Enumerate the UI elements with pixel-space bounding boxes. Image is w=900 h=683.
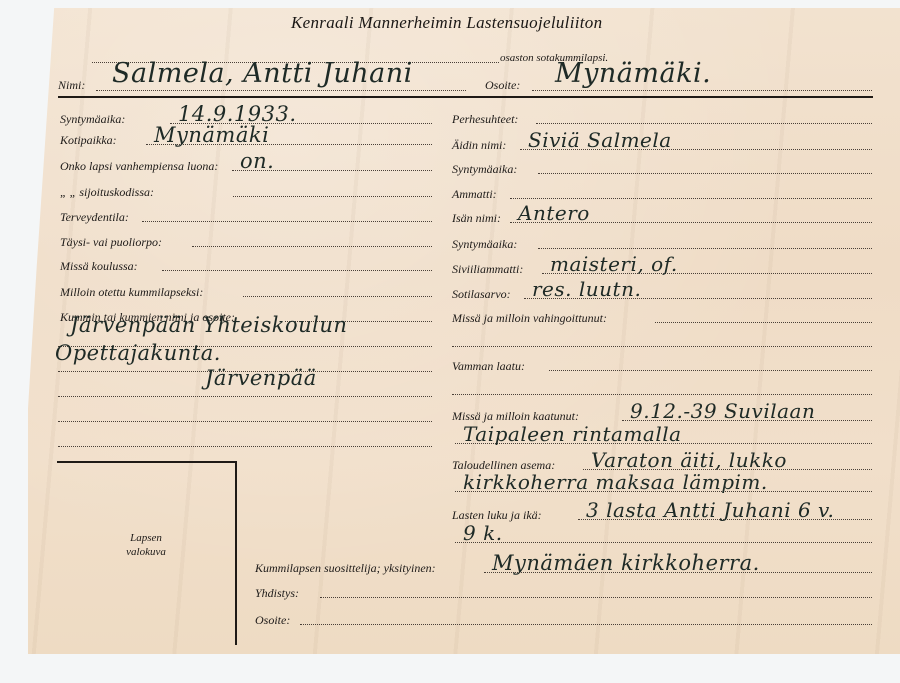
right-field-label-1: Äidin nimi: [452, 138, 506, 153]
right-field-label-9: Vamman laatu: [452, 359, 525, 374]
sponsor-line-guide-4 [58, 446, 432, 447]
right-field-value-6[interactable]: maisteri, of. [550, 252, 678, 276]
osoite-label: Osoite: [485, 78, 520, 93]
right-extra-line-0 [452, 346, 872, 347]
left-field-label-4: Terveydentila: [60, 210, 129, 225]
right-field-line-8 [655, 322, 872, 323]
left-field-value-2[interactable]: on. [240, 149, 274, 173]
left-field-label-5: Täysi- vai puoliorpo: [60, 235, 162, 250]
right-extra-line-1 [452, 394, 872, 395]
right-field-value-10[interactable]: 9.12.-39 Suvilaan [630, 399, 815, 423]
bottom-field-line-2 [300, 624, 872, 625]
left-field-label-7: Milloin otettu kummilapseksi: [60, 285, 203, 300]
right-field-line-3 [510, 198, 872, 199]
right-field-line-15 [455, 542, 872, 543]
right-field-value-12[interactable]: Varaton äiti, lukko [591, 448, 787, 472]
right-field-value-14[interactable]: 3 lasta Antti Juhani 6 v. [586, 498, 834, 522]
right-field-label-5: Syntymäaika: [452, 237, 517, 252]
right-field-value-11[interactable]: Taipaleen rintamalla [463, 422, 682, 446]
photo-label-line1: Lapsen [57, 531, 235, 545]
sponsor-line-3[interactable]: Järvenpää [205, 366, 317, 390]
osoite-line [532, 90, 872, 91]
right-field-value-13[interactable]: kirkkoherra maksaa lämpim. [463, 470, 768, 494]
left-field-label-1: Kotipaikka: [60, 133, 117, 148]
nimi-label: Nimi: [58, 78, 85, 93]
left-field-label-0: Syntymäaika: [60, 112, 125, 127]
bottom-field-value-0[interactable]: Mynämäen kirkkoherra. [492, 551, 760, 575]
right-field-label-2: Syntymäaika: [452, 162, 517, 177]
right-field-value-7[interactable]: res. luutn. [532, 277, 641, 301]
left-field-label-6: Missä koulussa: [60, 259, 138, 274]
right-field-label-8: Missä ja milloin vahingoittunut: [452, 311, 607, 326]
right-field-value-1[interactable]: Siviä Salmela [528, 128, 672, 152]
right-field-label-0: Perhesuhteet: [452, 112, 518, 127]
sponsor-line-guide-3 [58, 421, 432, 422]
left-field-label-2: Onko lapsi vanhempiensa luona: [60, 159, 218, 174]
photo-label-line2: valokuva [57, 545, 235, 559]
right-field-label-6: Siviiliammatti: [452, 262, 523, 277]
right-field-line-0 [536, 123, 872, 124]
left-field-value-1[interactable]: Mynämäki [154, 123, 269, 147]
sponsor-line-1[interactable]: Järvenpään Yhteiskoulun [70, 313, 347, 337]
sponsor-line-guide-2 [58, 396, 432, 397]
right-field-label-3: Ammatti: [452, 187, 497, 202]
right-field-line-9 [549, 370, 872, 371]
left-field-line-6 [162, 270, 432, 271]
right-field-label-4: Isän nimi: [452, 211, 501, 226]
right-field-value-15[interactable]: 9 k. [463, 521, 503, 545]
right-field-value-4[interactable]: Antero [518, 201, 590, 225]
right-field-line-2 [538, 173, 872, 174]
header-rule [58, 96, 873, 98]
left-field-label-3: „ „ sijoituskodissa: [60, 185, 154, 200]
bottom-field-label-0: Kummilapsen suosittelija; yksityinen: [255, 561, 436, 576]
right-field-label-7: Sotilasarvo: [452, 287, 511, 302]
nimi-line [96, 90, 466, 91]
left-field-line-3 [233, 196, 432, 197]
left-field-line-7 [243, 296, 432, 297]
photo-label: Lapsen valokuva [57, 531, 235, 559]
left-field-line-4 [142, 221, 432, 222]
bottom-field-label-2: Osoite: [255, 613, 290, 628]
left-field-line-5 [192, 246, 432, 247]
nimi-value[interactable]: Salmela, Antti Juhani [112, 58, 413, 89]
photo-placeholder-box: Lapsen valokuva [57, 461, 237, 645]
bottom-field-label-1: Yhdistys: [255, 586, 299, 601]
right-field-line-5 [538, 248, 872, 249]
document-title: Kenraali Mannerheimin Lastensuojeluliito… [291, 13, 602, 33]
osoite-value[interactable]: Mynämäki. [555, 58, 711, 89]
sponsor-line-2[interactable]: Opettajakunta. [55, 341, 221, 365]
bottom-field-line-1 [320, 597, 872, 598]
